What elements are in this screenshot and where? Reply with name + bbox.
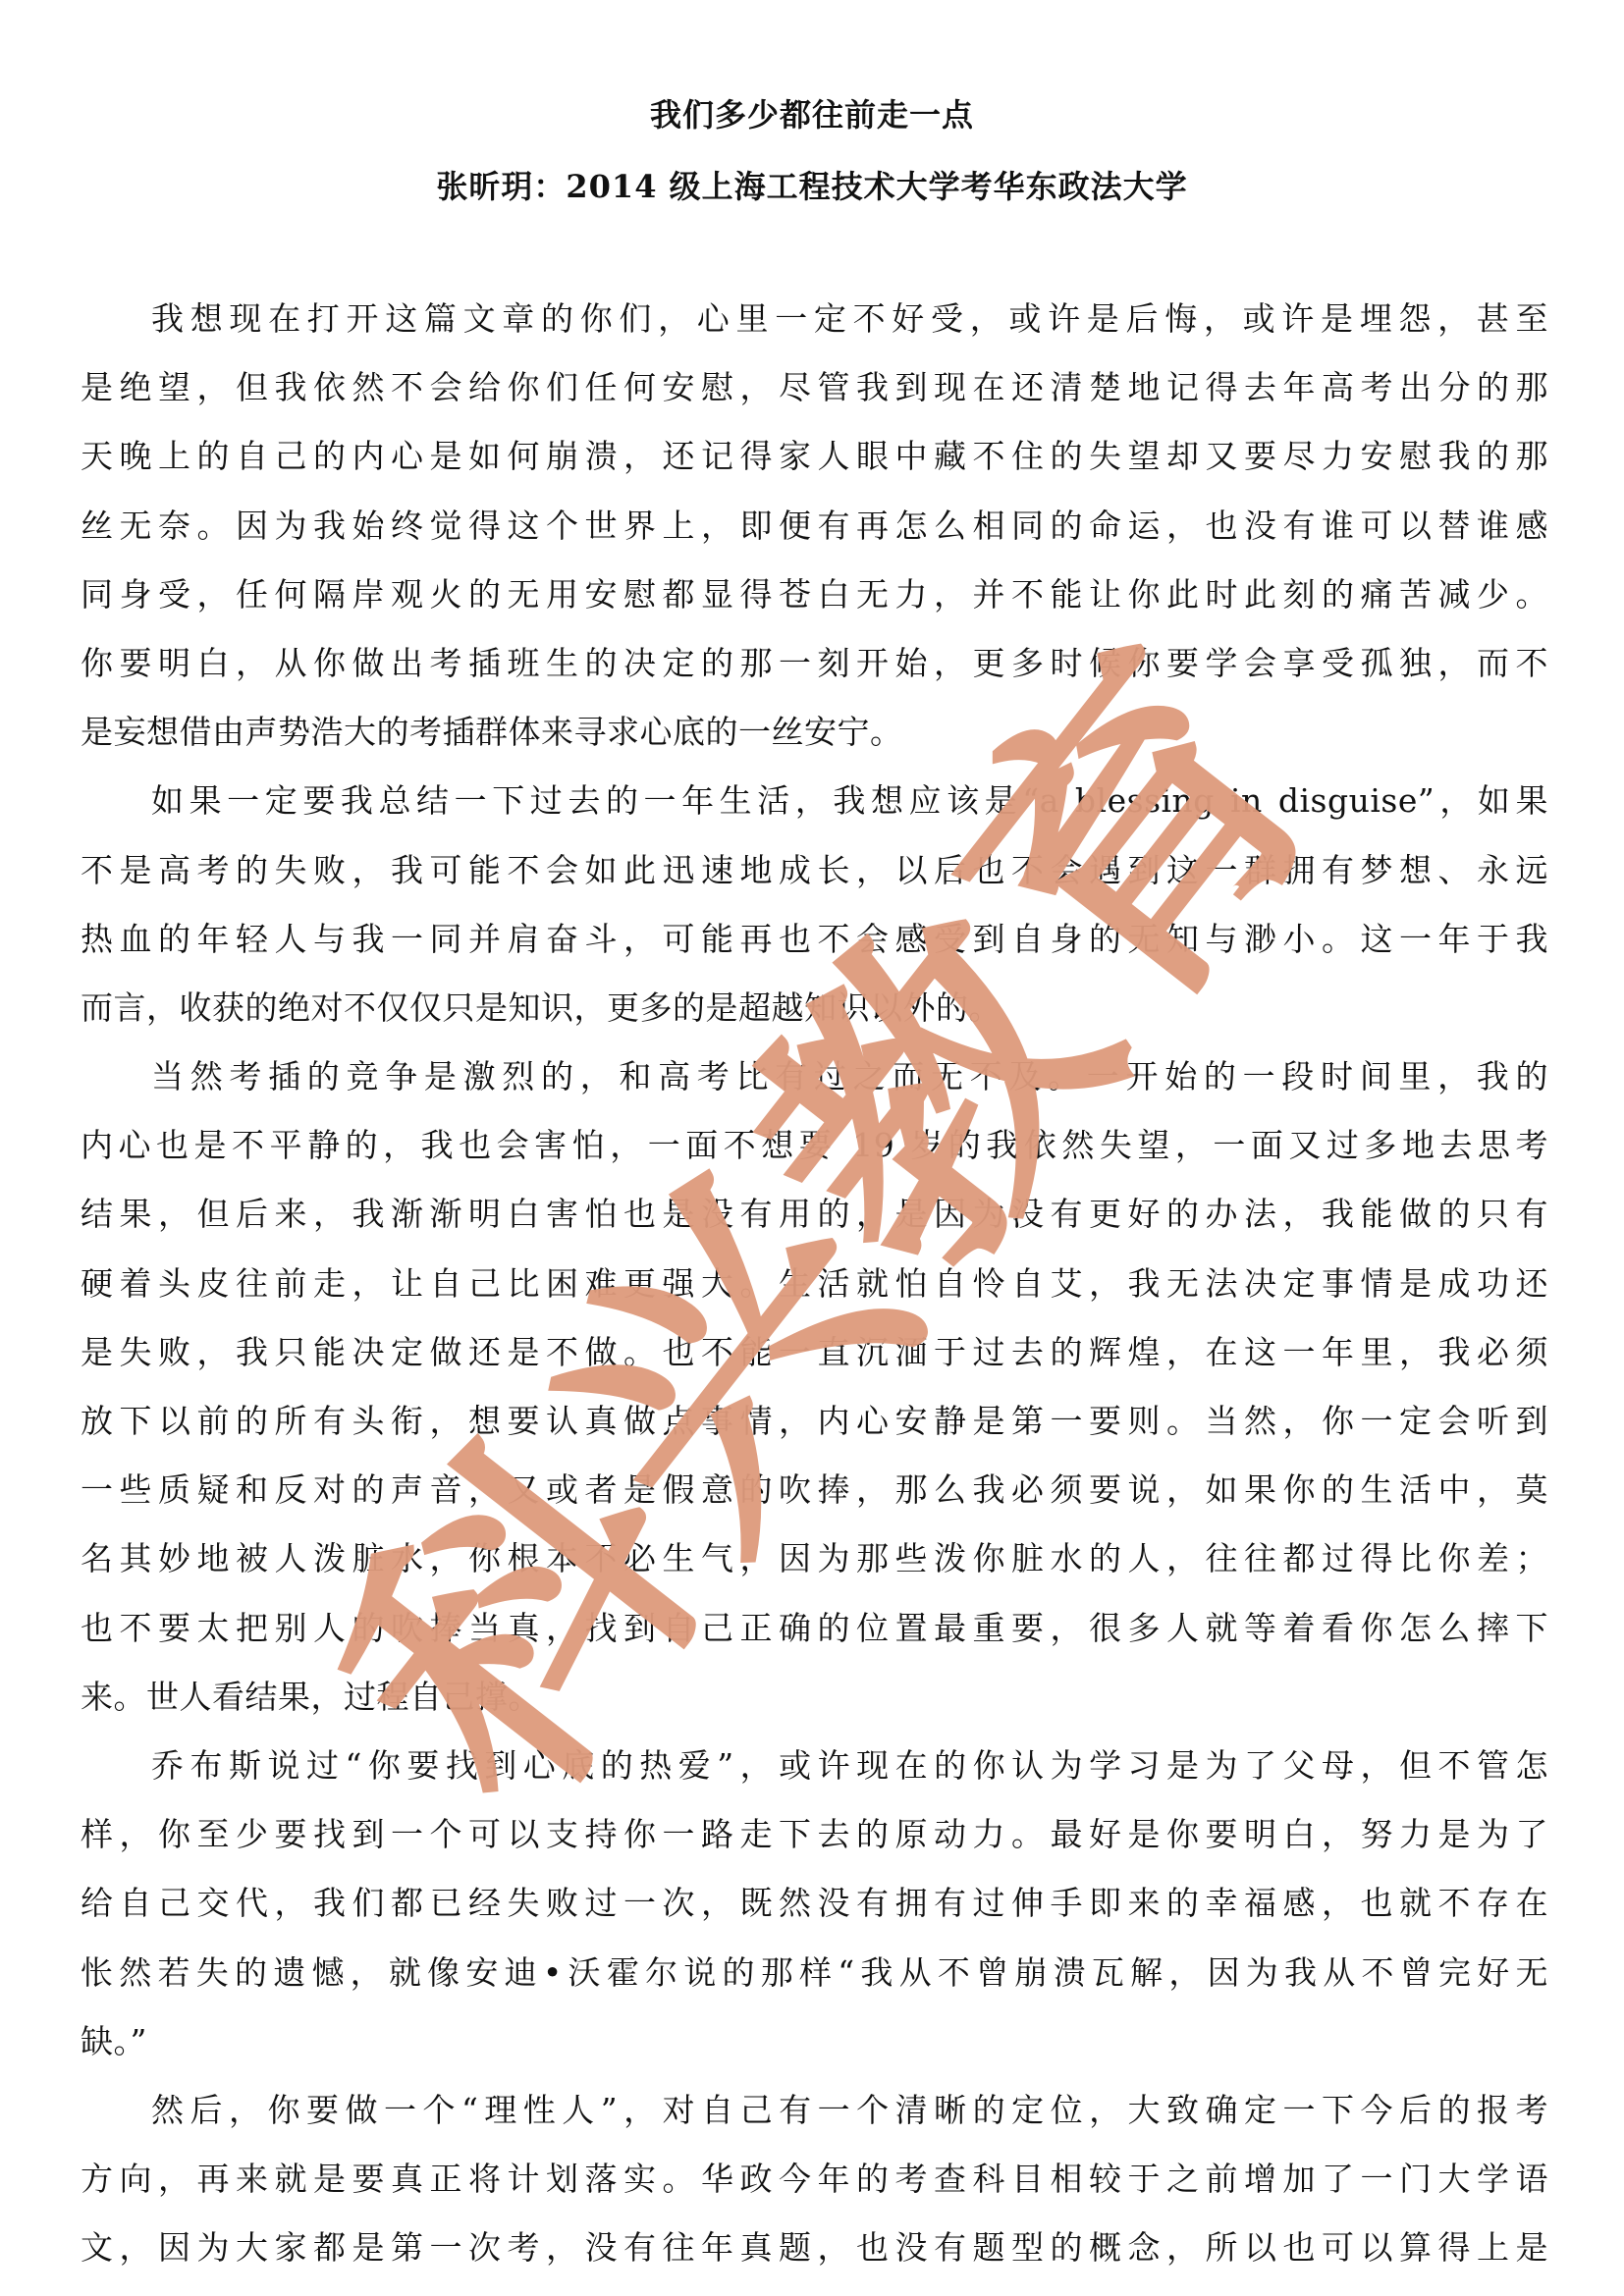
- text-line: 文，因为大家都是第一次考，没有往年真题，也没有题型的概念，所以也可以算得上是: [81, 2223, 1548, 2292]
- text-line: 天晚上的自己的内心是如何崩溃，还记得家人眼中藏不住的失望却又要尽力安慰我的那: [81, 432, 1548, 501]
- text-line: 硬着头皮往前走，让自己比困难更强大。生活就怕自怜自艾，我无法决定事情是成功还: [81, 1259, 1548, 1328]
- text-line: 来。世人看结果，过程自己撑。: [81, 1673, 1548, 1741]
- text-line: 内心也是不平静的，我也会害怕，一面不想要 19 岁的我依然失望，一面又过多地去思…: [81, 1121, 1548, 1190]
- text-line: 结果，但后来，我渐渐明白害怕也是没有用的，是因为没有更好的办法，我能做的只有: [81, 1190, 1548, 1258]
- text-line: 是失败，我只能决定做还是不做。也不能一直沉湎于过去的辉煌，在这一年里，我必须: [81, 1328, 1548, 1397]
- text-line: 缺。”: [81, 2017, 1548, 2086]
- text-line: 是绝望，但我依然不会给你们任何安慰，尽管我到现在还清楚地记得去年高考出分的那: [81, 363, 1548, 432]
- text-line: 怅然若失的遗憾，就像安迪•沃霍尔说的那样“我从不曾崩溃瓦解，因为我从不曾完好无: [81, 1949, 1548, 2017]
- text-line: 乔布斯说过“你要找到心底的热爱”，或许现在的你认为学习是为了父母，但不管怎: [81, 1741, 1548, 1810]
- text-line: 方向，再来就是要真正将计划落实。华政今年的考查科目相较于之前增加了一门大学语: [81, 2155, 1548, 2223]
- text-line: 如果一定要我总结一下过去的一年生活，我想应该是“a blessing in di…: [81, 776, 1548, 845]
- article-title: 我们多少都往前走一点: [0, 90, 1624, 135]
- article-body: 我想现在打开这篇文章的你们，心里一定不好受，或许是后悔，或许是埋怨，甚至是绝望，…: [81, 294, 1548, 2292]
- text-line: 当然考插的竞争是激烈的，和高考比有过之而无不及。一开始的一段时间里，我的: [81, 1052, 1548, 1121]
- document-page: 我们多少都往前走一点 张昕玥：2014 级上海工程技术大学考华东政法大学 我想现…: [0, 0, 1624, 2296]
- text-line: 一些质疑和反对的声音，又或者是假意的吹捧，那么我必须要说，如果你的生活中，莫: [81, 1466, 1548, 1534]
- text-line: 给自己交代，我们都已经失败过一次，既然没有拥有过伸手即来的幸福感，也就不存在: [81, 1879, 1548, 1948]
- text-line: 丝无奈。因为我始终觉得这个世界上，即便有再怎么相同的命运，也没有谁可以替谁感: [81, 502, 1548, 570]
- text-line: 也不要太把别人的吹捧当真，找到自己正确的位置最重要，很多人就等着看你怎么摔下: [81, 1604, 1548, 1673]
- text-line: 你要明白，从你做出考插班生的决定的那一刻开始，更多时候你要学会享受孤独，而不: [81, 639, 1548, 708]
- text-line: 样，你至少要找到一个可以支持你一路走下去的原动力。最好是你要明白，努力是为了: [81, 1810, 1548, 1879]
- text-line: 是妄想借由声势浩大的考插群体来寻求心底的一丝安宁。: [81, 708, 1548, 776]
- text-line: 不是高考的失败，我可能不会如此迅速地成长，以后也不会遇到这一群拥有梦想、永远: [81, 846, 1548, 915]
- text-line: 名其妙地被人泼脏水，你根本不必生气，因为那些泼你脏水的人，往往都过得比你差；: [81, 1534, 1548, 1603]
- text-line: 我想现在打开这篇文章的你们，心里一定不好受，或许是后悔，或许是埋怨，甚至: [81, 294, 1548, 363]
- article-subtitle: 张昕玥：2014 级上海工程技术大学考华东政法大学: [0, 162, 1624, 207]
- text-line: 同身受，任何隔岸观火的无用安慰都显得苍白无力，并不能让你此时此刻的痛苦减少。: [81, 570, 1548, 639]
- text-line: 放下以前的所有头衔，想要认真做点事情，内心安静是第一要则。当然，你一定会听到: [81, 1397, 1548, 1466]
- text-line: 而言，收获的绝对不仅仅只是知识，更多的是超越知识以外的。: [81, 984, 1548, 1052]
- text-line: 然后，你要做一个“理性人”，对自己有一个清晰的定位，大致确定一下今后的报考: [81, 2086, 1548, 2155]
- text-line: 热血的年轻人与我一同并肩奋斗，可能再也不会感受到自身的无知与渺小。这一年于我: [81, 915, 1548, 984]
